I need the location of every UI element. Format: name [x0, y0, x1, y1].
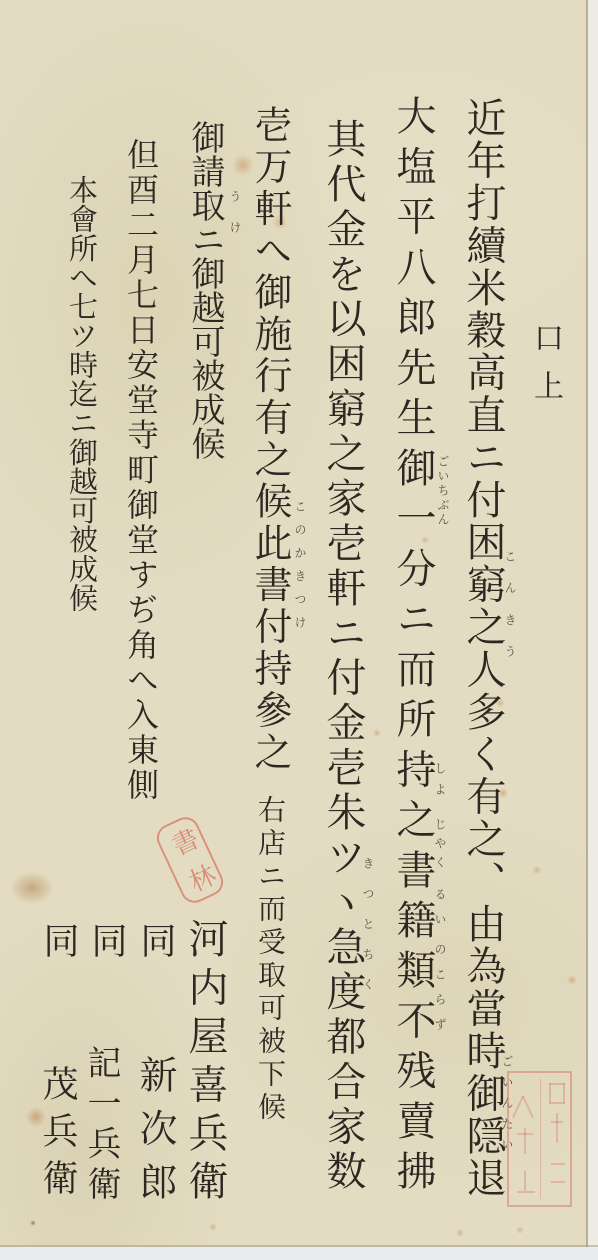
document-title: 口上 [530, 322, 560, 400]
body-line-4-upper: 壱万軒へ御施行有之候此書付持參之 [251, 105, 289, 770]
stamp-glyph-stroke [517, 1191, 535, 1193]
stamp-divider [540, 1079, 541, 1199]
body-line-5: 御請取ニ御越可被成候 [188, 120, 222, 460]
ditto-mark: 同 [88, 922, 124, 962]
signatory-kawachiya-kihei: 河内屋喜兵衛 [185, 918, 225, 1200]
ruby-goichibun: ごいちぶん [437, 455, 449, 525]
stamp-glyph-stroke [524, 1128, 526, 1154]
stamp-glyph-stroke [512, 1096, 524, 1119]
ruby-konkyuu: こんきう [504, 550, 516, 657]
stamp-glyph-stroke [551, 1163, 565, 1165]
paper-bottom-edge [0, 1245, 598, 1247]
ditto-mark: 同 [40, 922, 76, 962]
stamp-glyph-stroke [549, 1102, 565, 1104]
body-line-1: 近年打續米穀高直ニ付困窮之人多く有之、由為當時御隠退 [463, 97, 503, 1197]
ruby-kitto: きつとちく [362, 857, 374, 990]
closing-line: 本會所へ七ツ時迄ニ御越可被成候 [67, 175, 96, 612]
signatory-shinjiro: 新次郎 [136, 1055, 174, 1200]
stamp-glyph-stroke [556, 1113, 558, 1143]
ruby-jyaku: じやく [434, 818, 446, 868]
stamp-glyph-stroke [549, 1083, 551, 1103]
ruby-rui: るい [434, 888, 446, 925]
ruby-sho: しよ [434, 762, 446, 795]
body-line-3: 其代金を以困窮之家壱軒ニ付金壱朱ツヽ急度都合家数 [323, 118, 363, 1190]
body-line-4-lower: 右店ニ而受取可被下候 [256, 795, 284, 1120]
ruby-uke: うけ [229, 190, 241, 233]
body-line-2: 大塩平八郎先生御一分ニ而所持之書籍類不残賣拂 [393, 95, 433, 1190]
library-stamp [507, 1071, 572, 1207]
stamp-glyph-stroke [551, 1181, 565, 1183]
ditto-mark: 同 [137, 922, 173, 962]
proviso-date-line: 但酉二月七日安堂寺町御堂すぢ角へ入東側 [125, 138, 157, 800]
ruby-kono-kakitsuke: このかきつけ [294, 500, 306, 628]
stamp-glyph-stroke [524, 1171, 526, 1191]
paper-fold-strip [588, 0, 598, 1247]
ruby-nokorazu: のこらず [434, 943, 446, 1030]
signatory-kiichibei: 記一兵衛 [84, 1045, 118, 1200]
signatory-mohei: 茂兵衛 [39, 1065, 75, 1195]
stamp-glyph-stroke [522, 1096, 534, 1119]
stamp-glyph-stroke [563, 1083, 565, 1103]
